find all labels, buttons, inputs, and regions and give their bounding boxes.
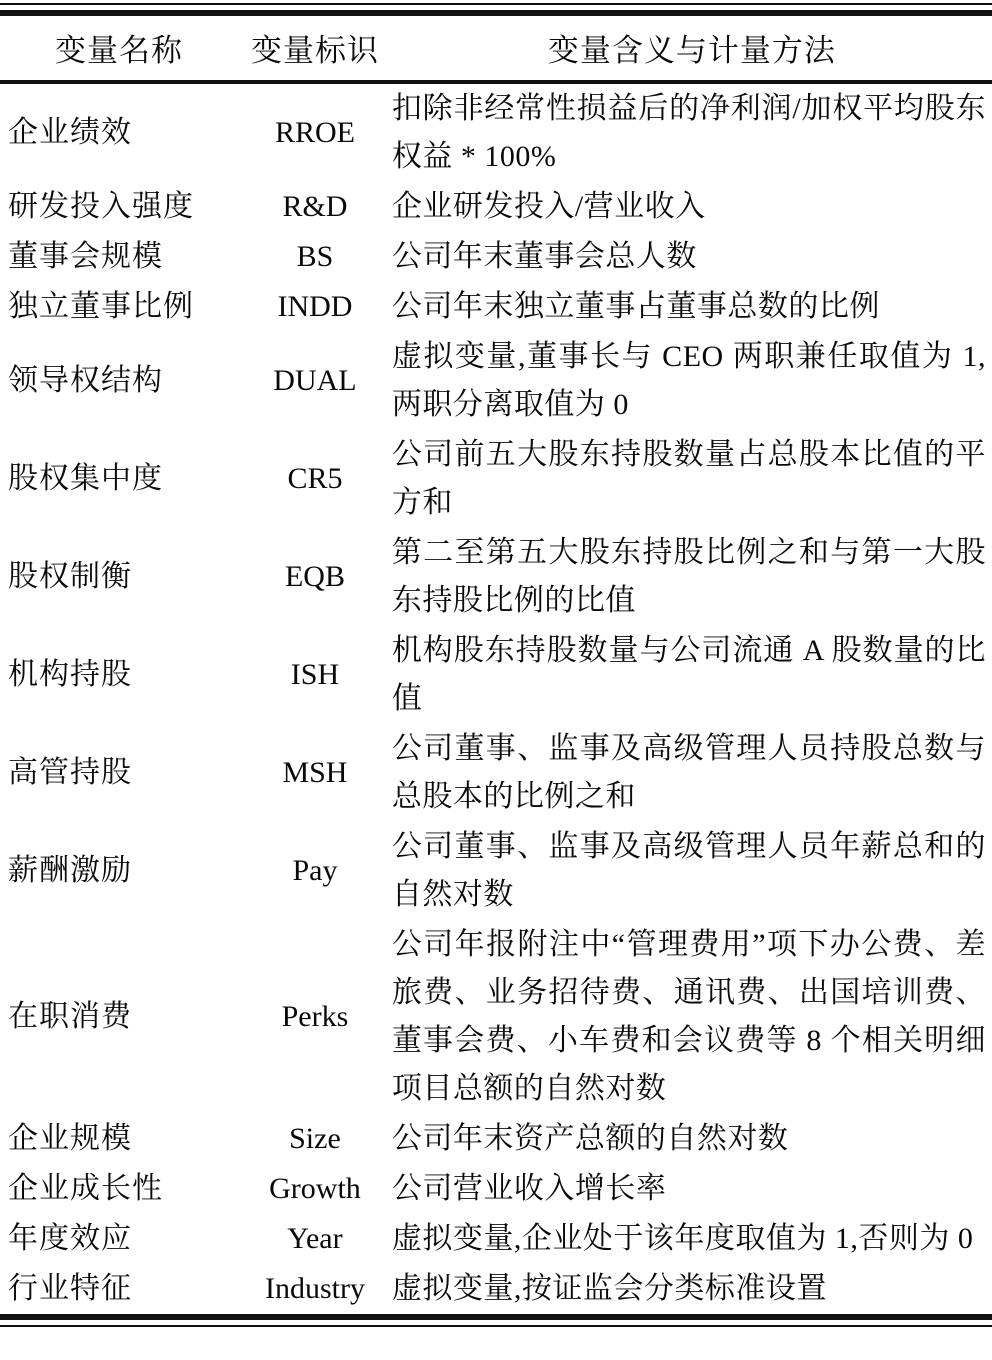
header-row: 变量名称 变量标识 变量含义与计量方法	[0, 16, 992, 82]
variable-desc-cell: 虚拟变量,企业处于该年度取值为 1,否则为 0	[392, 1214, 992, 1264]
variable-id-cell: R&D	[238, 182, 392, 232]
table-row: 企业成长性 Growth 公司营业收入增长率	[0, 1164, 992, 1214]
variable-desc-cell: 虚拟变量,董事长与 CEO 两职兼任取值为 1,两职分离取值为 0	[392, 332, 992, 430]
table-row: 高管持股 MSH 公司董事、监事及高级管理人员持股总数与总股本的比例之和	[0, 724, 992, 822]
table-body: 企业绩效 RROE 扣除非经常性损益后的净利润/加权平均股东权益 * 100% …	[0, 82, 992, 1314]
table-row: 领导权结构 DUAL 虚拟变量,董事长与 CEO 两职兼任取值为 1,两职分离取…	[0, 332, 992, 430]
variable-id-cell: Perks	[238, 920, 392, 1114]
table-header: 变量名称 变量标识 变量含义与计量方法	[0, 16, 992, 82]
variable-desc-cell: 机构股东持股数量与公司流通 A 股数量的比值	[392, 626, 992, 724]
variable-name-cell: 股权集中度	[0, 430, 238, 528]
variable-id-cell: Growth	[238, 1164, 392, 1214]
variable-name-cell: 企业规模	[0, 1114, 238, 1164]
table-bottom-thin-rule	[0, 1325, 992, 1327]
table-row: 企业规模 Size 公司年末资产总额的自然对数	[0, 1114, 992, 1164]
header-variable-id: 变量标识	[238, 16, 392, 82]
variable-name-cell: 薪酬激励	[0, 822, 238, 920]
variable-desc-cell: 公司年报附注中“管理费用”项下办公费、差旅费、业务招待费、通讯费、出国培训费、董…	[392, 920, 992, 1114]
table-row: 在职消费 Perks 公司年报附注中“管理费用”项下办公费、差旅费、业务招待费、…	[0, 920, 992, 1114]
table-row: 年度效应 Year 虚拟变量,企业处于该年度取值为 1,否则为 0	[0, 1214, 992, 1264]
variable-id-cell: ISH	[238, 626, 392, 724]
variable-desc-cell: 第二至第五大股东持股比例之和与第一大股东持股比例的比值	[392, 528, 992, 626]
variable-id-cell: MSH	[238, 724, 392, 822]
variable-id-cell: BS	[238, 232, 392, 282]
variable-id-cell: Industry	[238, 1264, 392, 1314]
variable-name-cell: 年度效应	[0, 1214, 238, 1264]
variable-name-cell: 高管持股	[0, 724, 238, 822]
variable-id-cell: DUAL	[238, 332, 392, 430]
variable-id-cell: CR5	[238, 430, 392, 528]
table-row: 独立董事比例 INDD 公司年末独立董事占董事总数的比例	[0, 282, 992, 332]
variable-name-cell: 在职消费	[0, 920, 238, 1114]
variable-desc-cell: 公司董事、监事及高级管理人员持股总数与总股本的比例之和	[392, 724, 992, 822]
variable-name-cell: 企业绩效	[0, 82, 238, 182]
variable-id-cell: Pay	[238, 822, 392, 920]
variable-id-cell: Year	[238, 1214, 392, 1264]
header-variable-desc: 变量含义与计量方法	[392, 16, 992, 82]
header-variable-name: 变量名称	[0, 16, 238, 82]
variable-id-cell: Size	[238, 1114, 392, 1164]
variable-name-cell: 企业成长性	[0, 1164, 238, 1214]
table-row: 企业绩效 RROE 扣除非经常性损益后的净利润/加权平均股东权益 * 100%	[0, 82, 992, 182]
table-row: 股权制衡 EQB 第二至第五大股东持股比例之和与第一大股东持股比例的比值	[0, 528, 992, 626]
variable-desc-cell: 公司营业收入增长率	[392, 1164, 992, 1214]
paper-page: 变量名称 变量标识 变量含义与计量方法 企业绩效 RROE 扣除非经常性损益后的…	[0, 0, 992, 1360]
table-row: 行业特征 Industry 虚拟变量,按证监会分类标准设置	[0, 1264, 992, 1314]
variable-name-cell: 研发投入强度	[0, 182, 238, 232]
table-row: 股权集中度 CR5 公司前五大股东持股数量占总股本比值的平方和	[0, 430, 992, 528]
variable-desc-cell: 公司年末独立董事占董事总数的比例	[392, 282, 992, 332]
variable-desc-cell: 公司年末董事会总人数	[392, 232, 992, 282]
variable-desc-cell: 企业研发投入/营业收入	[392, 182, 992, 232]
table-row: 董事会规模 BS 公司年末董事会总人数	[0, 232, 992, 282]
variable-id-cell: EQB	[238, 528, 392, 626]
variable-name-cell: 股权制衡	[0, 528, 238, 626]
variable-desc-cell: 公司前五大股东持股数量占总股本比值的平方和	[392, 430, 992, 528]
variable-desc-cell: 扣除非经常性损益后的净利润/加权平均股东权益 * 100%	[392, 82, 992, 182]
table-row: 机构持股 ISH 机构股东持股数量与公司流通 A 股数量的比值	[0, 626, 992, 724]
table-row: 研发投入强度 R&D 企业研发投入/营业收入	[0, 182, 992, 232]
variable-id-cell: RROE	[238, 82, 392, 182]
variable-definition-table: 变量名称 变量标识 变量含义与计量方法 企业绩效 RROE 扣除非经常性损益后的…	[0, 16, 992, 1314]
variable-id-cell: INDD	[238, 282, 392, 332]
variable-desc-cell: 公司年末资产总额的自然对数	[392, 1114, 992, 1164]
table-row: 薪酬激励 Pay 公司董事、监事及高级管理人员年薪总和的自然对数	[0, 822, 992, 920]
variable-name-cell: 领导权结构	[0, 332, 238, 430]
variable-name-cell: 董事会规模	[0, 232, 238, 282]
variable-name-cell: 机构持股	[0, 626, 238, 724]
variable-desc-cell: 公司董事、监事及高级管理人员年薪总和的自然对数	[392, 822, 992, 920]
variable-desc-cell: 虚拟变量,按证监会分类标准设置	[392, 1264, 992, 1314]
variable-name-cell: 行业特征	[0, 1264, 238, 1314]
variable-name-cell: 独立董事比例	[0, 282, 238, 332]
